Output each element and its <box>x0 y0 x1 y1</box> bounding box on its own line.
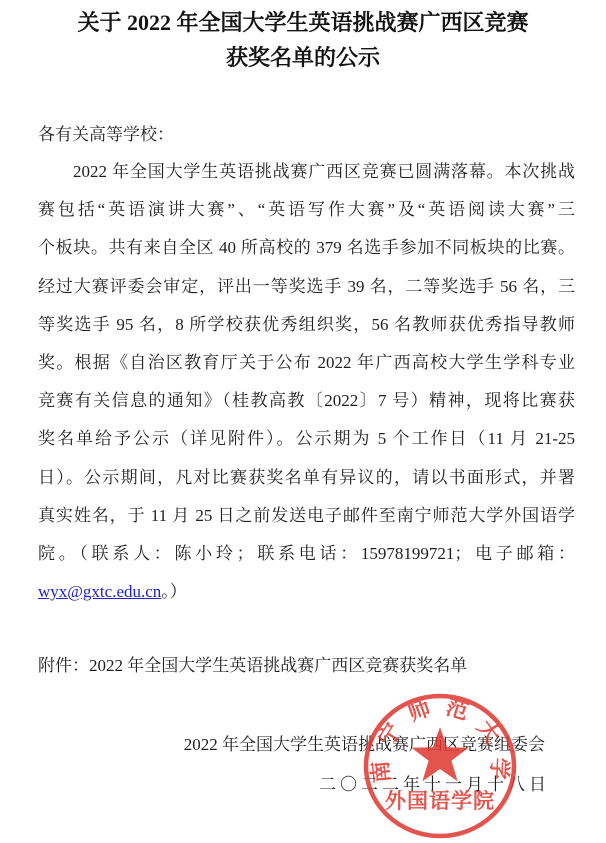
body-line: 经过大赛评委会审定，评出一等奖选手 39 名，二等奖选手 56 名，三 <box>38 268 575 306</box>
body-line: 真实姓名，于 11 月 25 日之前发送电子邮件至南宁师范大学外国语学 <box>38 497 575 535</box>
body-line: 奖名单给予公示（详见附件）。公示期为 5 个工作日（11 月 21-25 <box>38 420 575 458</box>
body-text: 2022 年全国大学生英语挑战赛广西区竞赛已圆满落幕。本次挑战 赛包括“英语演讲… <box>38 153 575 611</box>
body-line-email: wyx@gxtc.edu.cn。） <box>38 573 575 611</box>
email-link[interactable]: wyx@gxtc.edu.cn <box>38 582 161 601</box>
body-line: 等奖选手 95 名，8 所学校获优秀组织奖，56 名教师获优秀指导教师 <box>38 306 575 344</box>
signature-date: 二〇二二年十一月十八日 <box>319 766 550 804</box>
body-line: 竞赛有关信息的通知》（桂教高教〔2022〕7 号）精神，现将比赛获 <box>38 382 575 420</box>
body-line: 院。（联系人：陈小玲；联系电话：15978199721；电子邮箱： <box>38 535 575 573</box>
email-suffix: 。） <box>161 582 187 601</box>
document-title-line-2: 获奖名单的公示 <box>0 40 606 75</box>
attachment-line: 附件：2022 年全国大学生英语挑战赛广西区竞赛获奖名单 <box>38 647 467 685</box>
signature-organization: 2022 年全国大学生英语挑战赛广西区竞赛组委会 <box>184 726 545 764</box>
body-line: 2022 年全国大学生英语挑战赛广西区竞赛已圆满落幕。本次挑战 <box>38 153 575 191</box>
document-page: 关于 2022 年全国大学生英语挑战赛广西区竞赛 获奖名单的公示 各有关高等学校… <box>0 0 606 843</box>
document-title-line-1: 关于 2022 年全国大学生英语挑战赛广西区竞赛 <box>0 5 606 40</box>
body-line: 个板块。共有来自全区 40 所高校的 379 名选手参加不同板块的比赛。 <box>38 229 575 267</box>
salutation: 各有关高等学校： <box>38 123 174 147</box>
body-line: 赛包括“英语演讲大赛”、“英语写作大赛”及“英语阅读大赛”三 <box>38 191 575 229</box>
body-line: 日）。公示期间，凡对比赛获奖名单有异议的，请以书面形式，并署 <box>38 459 575 497</box>
document-title: 关于 2022 年全国大学生英语挑战赛广西区竞赛 获奖名单的公示 <box>0 5 606 75</box>
body-line: 奖。根据《自治区教育厅关于公布 2022 年广西高校大学生学科专业 <box>38 344 575 382</box>
